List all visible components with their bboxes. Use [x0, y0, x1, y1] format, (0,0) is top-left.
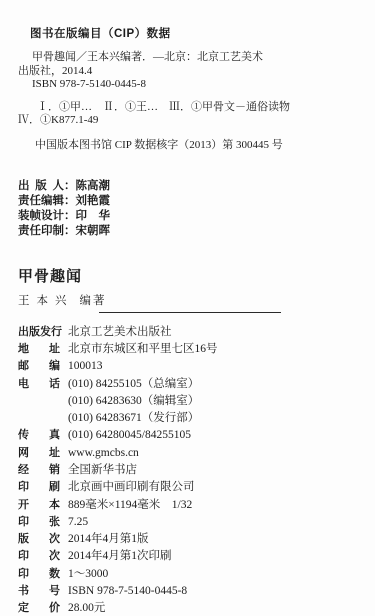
- cip-classification: Ⅰ．①甲… Ⅱ．①王… Ⅲ．①甲骨文－通俗读物 Ⅳ．①K877.1-49: [18, 101, 361, 128]
- colophon-value: 28.00元: [68, 602, 105, 614]
- colophon-value: 北京工艺美术出版社: [68, 326, 172, 338]
- copyright-page: 图书在版编目（CIP）数据 甲骨趣闻／王本兴编著．—北京：北京工艺美术 出版社，…: [0, 0, 375, 616]
- colophon-value: (010) 64283630（编辑室）: [68, 395, 199, 407]
- colophon-row-phone-1: 电话(010) 84255105（总编室）: [18, 375, 361, 392]
- colophon-row-printer: 印刷北京画中画印刷有限公司: [18, 478, 361, 495]
- editor-name: 刘艳霞: [76, 195, 111, 207]
- staff-credits: 出版人：陈高潮 责任编辑：刘艳霞 装帧设计：印 华 责任印制：宋朝晖: [18, 179, 361, 239]
- colophon-row-distributor: 经销全国新华书店: [18, 461, 361, 478]
- designer-row: 装帧设计：印 华: [18, 209, 361, 224]
- author-line: 王本兴编著: [18, 294, 361, 308]
- colon: ：: [64, 210, 76, 222]
- colophon-row-publisher: 出版发行北京工艺美术出版社: [18, 323, 361, 340]
- colophon-row-isbn: 书号ISBN 978-7-5140-0445-8: [18, 582, 361, 599]
- colon: ：: [64, 195, 76, 207]
- designer-name: 印 华: [76, 210, 111, 222]
- colophon-row-price: 定价28.00元: [18, 599, 361, 616]
- colophon-value: 7.25: [68, 516, 88, 528]
- colon: ：: [64, 225, 76, 237]
- colophon-label: 印数: [18, 567, 60, 582]
- cip-description: 甲骨趣闻／王本兴编著．—北京：北京工艺美术 出版社，2014.4 ISBN 97…: [18, 51, 361, 92]
- colophon-row-format: 开本889毫米×1194毫米 1/32: [18, 496, 361, 513]
- cip-header: 图书在版编目（CIP）数据: [30, 27, 361, 41]
- divider-rule: [99, 312, 281, 313]
- colophon-value: (010) 84255105（总编室）: [68, 378, 199, 390]
- colophon-label: 开本: [18, 498, 60, 513]
- publisher-person-name: 陈高潮: [76, 180, 111, 192]
- colophon-label: 定价: [18, 601, 60, 616]
- print-supervisor-label: 责任印制: [18, 224, 64, 239]
- colophon-value: 889毫米×1194毫米 1/32: [68, 499, 192, 511]
- colophon-value: 1～3000: [68, 568, 108, 580]
- colophon-label: 传真: [18, 428, 60, 443]
- colophon-value: (010) 64280045/84255105: [68, 429, 191, 441]
- colophon-row-fax: 传真(010) 64280045/84255105: [18, 426, 361, 443]
- cip-description-line2: 出版社，2014.4: [18, 65, 361, 79]
- cip-description-line1: 甲骨趣闻／王本兴编著．—北京：北京工艺美术: [18, 51, 361, 65]
- cip-classification-line2: Ⅳ．①K877.1-49: [18, 114, 361, 128]
- colophon-value: 北京市东城区和平里七区16号: [68, 343, 218, 355]
- editor-row: 责任编辑：刘艳霞: [18, 194, 361, 209]
- colophon-value: www.gmcbs.cn: [68, 447, 139, 459]
- print-supervisor-row: 责任印制：宋朝晖: [18, 224, 361, 239]
- colophon-table: 出版发行北京工艺美术出版社 地址北京市东城区和平里七区16号 邮编100013 …: [18, 323, 361, 616]
- colophon-row-print-run: 印数1～3000: [18, 565, 361, 582]
- cip-record-number: 中国版本图书馆 CIP 数据核字（2013）第 300445 号: [18, 139, 361, 153]
- cip-isbn-line: ISBN 978-7-5140-0445-8: [18, 78, 361, 92]
- colophon-row-impression: 印次2014年4月第1次印刷: [18, 547, 361, 564]
- colophon-value: 2014年4月第1版: [68, 533, 149, 545]
- colophon-label: 印张: [18, 515, 60, 530]
- colophon-label: 印刷: [18, 480, 60, 495]
- colophon-row-phone-3: (010) 64283671（发行部）: [18, 409, 361, 426]
- colophon-row-website: 网址www.gmcbs.cn: [18, 444, 361, 461]
- cip-classification-line1: Ⅰ．①甲… Ⅱ．①王… Ⅲ．①甲骨文－通俗读物: [18, 101, 361, 115]
- colophon-row-edition: 版次2014年4月第1版: [18, 530, 361, 547]
- colophon-label: 地址: [18, 342, 60, 357]
- colophon-value: ISBN 978-7-5140-0445-8: [68, 585, 187, 597]
- publisher-person-row: 出版人：陈高潮: [18, 179, 361, 194]
- colophon-row-address: 地址北京市东城区和平里七区16号: [18, 340, 361, 357]
- colophon-label: 版次: [18, 532, 60, 547]
- author-role: 编著: [80, 295, 107, 307]
- colophon-label: 书号: [18, 584, 60, 599]
- print-supervisor-name: 宋朝晖: [76, 225, 111, 237]
- colophon-label: 电话: [18, 377, 60, 392]
- colophon-label: 网址: [18, 446, 60, 461]
- colophon-label: 印次: [18, 549, 60, 564]
- colophon-row-phone-2: (010) 64283630（编辑室）: [18, 392, 361, 409]
- designer-label: 装帧设计: [18, 209, 64, 224]
- editor-label: 责任编辑: [18, 194, 64, 209]
- publisher-person-label: 出版人: [18, 179, 64, 194]
- colophon-label: 经销: [18, 463, 60, 478]
- colophon-row-postcode: 邮编100013: [18, 357, 361, 374]
- colophon-value: 2014年4月第1次印刷: [68, 550, 172, 562]
- author-name: 王本兴: [18, 295, 74, 307]
- colophon-value: 100013: [68, 360, 103, 372]
- colophon-label: 邮编: [18, 359, 60, 374]
- colophon-value: (010) 64283671（发行部）: [68, 412, 199, 424]
- colon: ：: [64, 180, 76, 192]
- colophon-label: 出版发行: [18, 325, 60, 340]
- colophon-value: 全国新华书店: [68, 464, 137, 476]
- colophon-value: 北京画中画印刷有限公司: [68, 481, 195, 493]
- book-title: 甲骨趣闻: [18, 269, 361, 285]
- colophon-row-sheets: 印张7.25: [18, 513, 361, 530]
